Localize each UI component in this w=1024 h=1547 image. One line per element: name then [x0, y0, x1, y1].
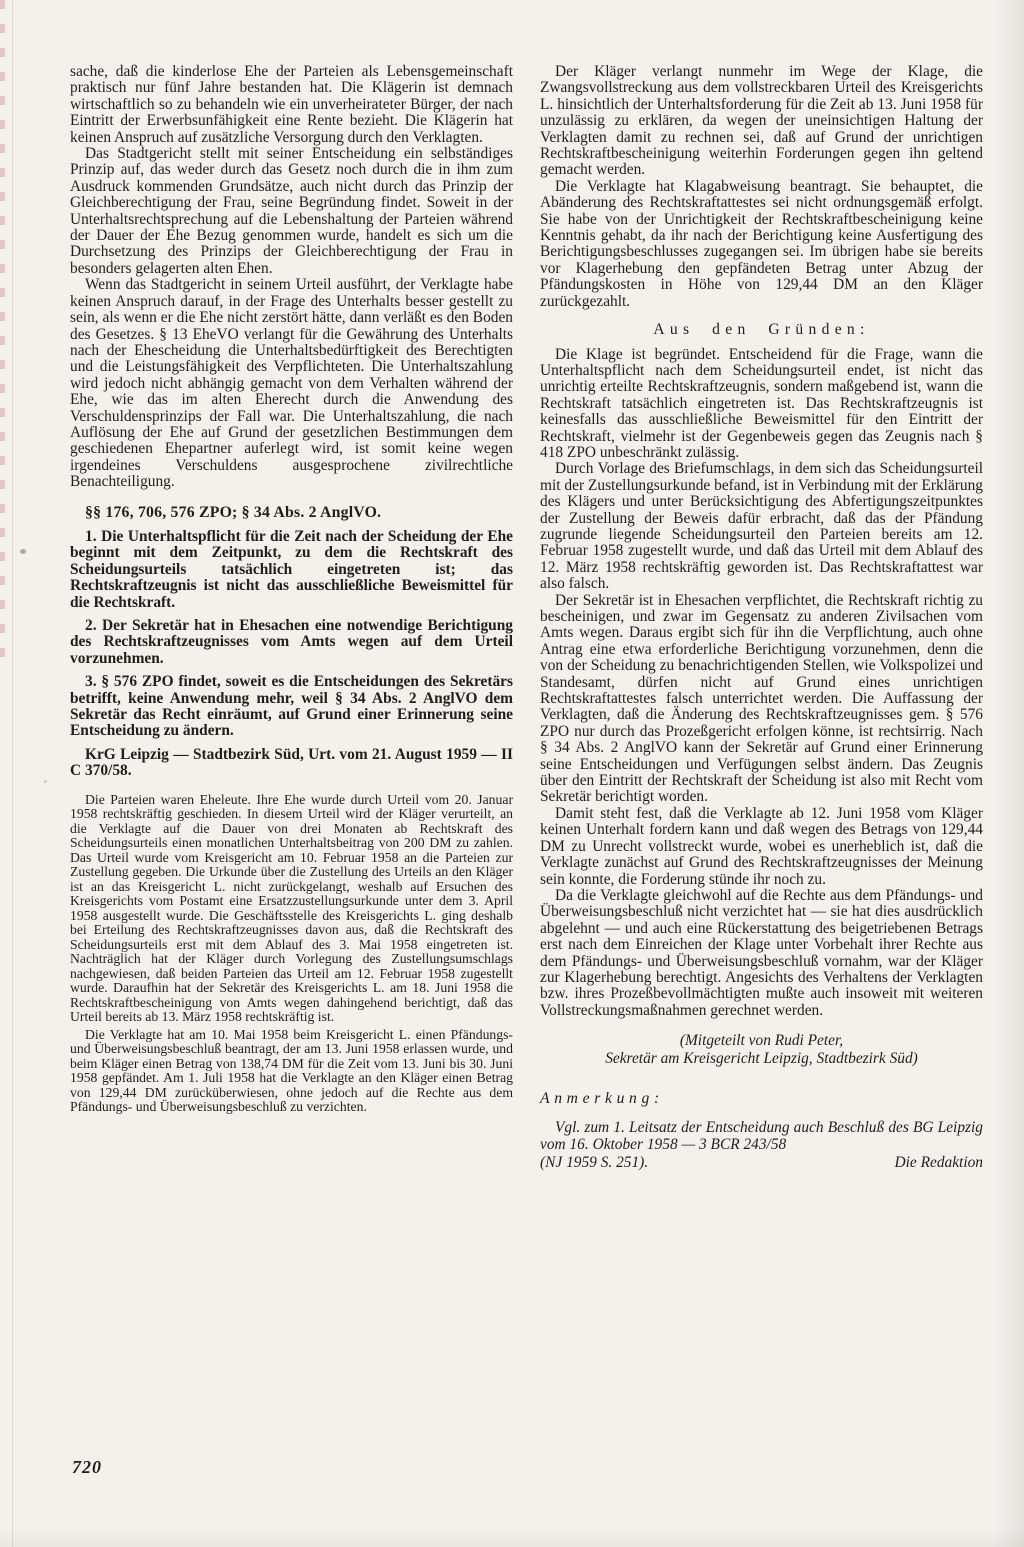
facts-section: Die Parteien waren Eheleute. Ihre Ehe wu…: [70, 793, 513, 1115]
attribution-line: (Mitgeteilt von Rudi Peter,: [540, 1032, 983, 1050]
attribution: (Mitgeteilt von Rudi Peter, Sekretär am …: [540, 1032, 983, 1067]
facts-paragraph: Die Parteien waren Eheleute. Ihre Ehe wu…: [70, 793, 513, 1025]
leitsatz-paragraph: 2. Der Sekretär hat in Ehesachen eine no…: [70, 618, 513, 667]
leitsatz-paragraph: 1. Die Unterhaltspflicht für die Zeit na…: [70, 529, 513, 611]
annotation-text: Vgl. zum 1. Leitsatz der Entscheidung au…: [540, 1119, 983, 1154]
right-edge-shading: [994, 0, 1024, 1547]
right-column: Der Kläger verlangt nunmehr im Wege der …: [540, 64, 983, 1171]
reasons-paragraph: Durch Vorlage des Briefumschlags, in dem…: [540, 461, 983, 592]
left-column: sache, daß die kinderlose Ehe der Partei…: [70, 64, 513, 1115]
body-paragraph: sache, daß die kinderlose Ehe der Partei…: [70, 64, 513, 146]
facts-paragraph: Der Kläger verlangt nunmehr im Wege der …: [540, 64, 983, 179]
reasons-paragraph: Der Sekretär ist in Ehesachen verpflicht…: [540, 593, 983, 806]
leitsatz-paragraph: 3. § 576 ZPO findet, soweit es die Entsc…: [70, 674, 513, 740]
annotation-heading: Anmerkung:: [540, 1091, 983, 1107]
facts-paragraph: Die Verklagte hat am 10. Mai 1958 beim K…: [70, 1028, 513, 1115]
journal-page: sache, daß die kinderlose Ehe der Partei…: [0, 0, 1024, 1547]
annotation-citation: (NJ 1959 S. 251).: [540, 1154, 648, 1172]
scan-speck: [20, 549, 26, 554]
court-reference: KrG Leipzig — Stadtbezirk Süd, Urt. vom …: [70, 747, 513, 780]
red-edge-marks: [0, 0, 5, 670]
body-paragraph: Das Stadtgericht stellt mit seiner Entsc…: [70, 146, 513, 277]
annotation-signature: Die Redaktion: [895, 1154, 983, 1172]
bottom-edge-shading: [0, 1527, 1024, 1547]
body-paragraph: Wenn das Stadtgericht in seinem Urteil a…: [70, 277, 513, 490]
page-number: 720: [72, 1457, 102, 1478]
statute-heading: §§ 176, 706, 576 ZPO; § 34 Abs. 2 AnglVO…: [70, 505, 513, 521]
reasons-paragraph: Damit steht fest, daß die Verklagte ab 1…: [540, 806, 983, 888]
reasons-paragraph: Die Klage ist begründet. Entscheidend fü…: [540, 347, 983, 462]
facts-paragraph: Die Verklagte hat Klagabweisung beantrag…: [540, 179, 983, 310]
reasons-heading: Aus den Gründen:: [540, 322, 983, 338]
annotation-tail-row: (NJ 1959 S. 251). Die Redaktion: [540, 1154, 983, 1172]
attribution-line: Sekretär am Kreisgericht Leipzig, Stadtb…: [540, 1050, 983, 1068]
scan-speck: [44, 780, 47, 783]
fold-line: [12, 0, 13, 1547]
reasons-paragraph: Da die Verklagte gleichwohl auf die Rech…: [540, 888, 983, 1019]
